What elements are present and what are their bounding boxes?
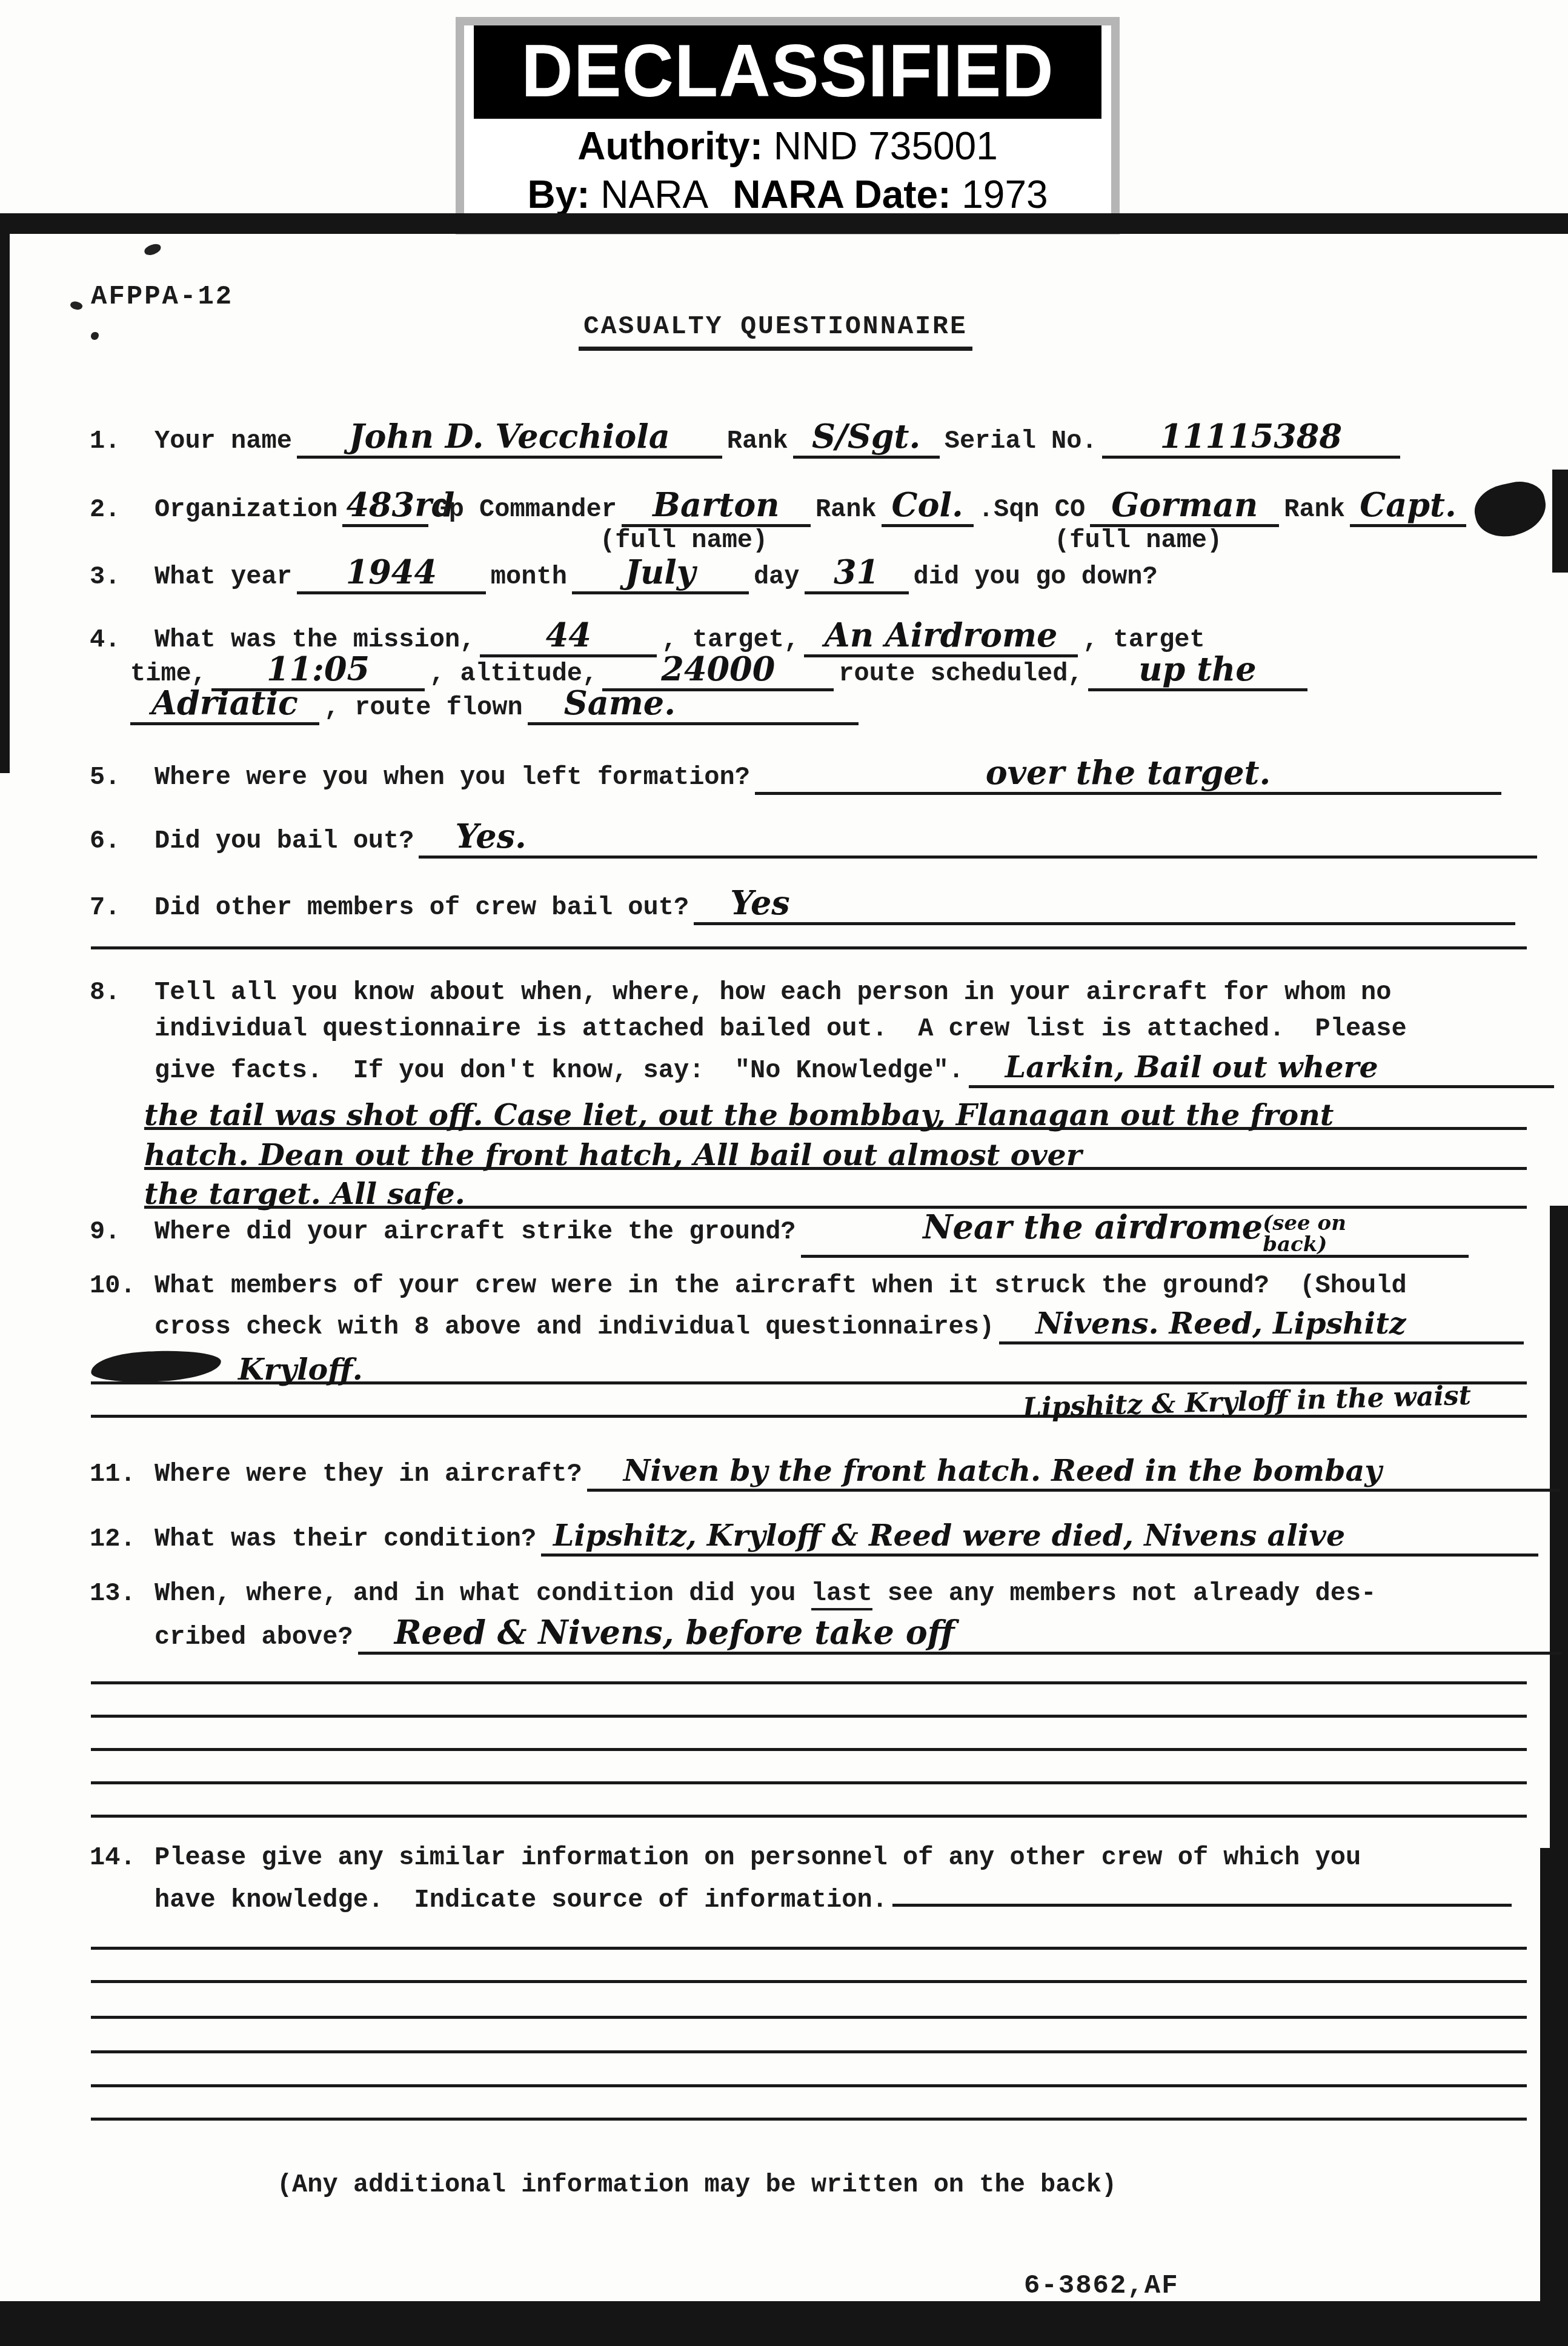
q11-answer-field: Niven by the front hatch. Reed in the bo…	[587, 1453, 1560, 1492]
q4-route-sched-handwriting: up the	[1138, 650, 1256, 688]
q10-answer-handwriting-1: Nivens. Reed, Lipshitz	[1035, 1306, 1406, 1341]
additional-info-note: (Any additional information may be writt…	[0, 2170, 1394, 2199]
q1-rank-label: Rank	[727, 427, 788, 456]
blank-rule-line	[91, 2050, 1527, 2053]
question-14-line1: 14.Please give any similar information o…	[90, 1843, 1361, 1872]
q13-text-line1b: see any members not already des-	[872, 1579, 1377, 1608]
q2-rank2-field: Capt.	[1350, 485, 1466, 527]
scan-left-edge	[0, 234, 10, 773]
q14-answer-field	[892, 1877, 1512, 1907]
blank-rule-line	[91, 1715, 1527, 1718]
q7-answer-handwriting: Yes	[730, 883, 790, 922]
question-1: 1.Your nameJohn D. VecchiolaRankS/Sgt.Se…	[90, 417, 1405, 459]
blank-rule-line	[91, 1947, 1527, 1950]
q1-serial-field: 11115388	[1102, 417, 1400, 459]
q1-serial-label: Serial No.	[945, 427, 1097, 456]
q2-fullname-note-1: (full name)	[600, 526, 768, 555]
q1-label: Your name	[154, 427, 292, 456]
question-6: 6.Did you bail out?Yes.	[90, 817, 1542, 859]
question-7: 7.Did other members of crew bail out?Yes	[90, 883, 1520, 925]
scan-right-edge	[1552, 470, 1568, 573]
question-6-number: 6.	[90, 826, 154, 856]
q2-commander-label: Gp Commander	[433, 495, 616, 524]
q9-label: Where did your aircraft strike the groun…	[154, 1217, 796, 1246]
page-title: CASUALTY QUESTIONNAIRE	[579, 311, 972, 351]
q2-rank2-label: Rank	[1284, 495, 1345, 524]
q10-text-line2: cross check with 8 above and individual …	[154, 1312, 994, 1341]
question-1-number: 1.	[90, 427, 154, 456]
q13-text-line1a: When, where, and in what condition did y…	[154, 1579, 811, 1608]
blank-rule-line	[91, 1681, 1527, 1684]
q12-answer-field: Lipshitz, Kryloff & Reed were died, Nive…	[541, 1518, 1538, 1557]
q4-route-sched2-handwriting: Adriatic	[151, 683, 298, 722]
q9-note-line2: back)	[1263, 1234, 1346, 1255]
question-5: 5.Where were you when you left formation…	[90, 753, 1506, 795]
q8-answer-field: Larkin, Bail out where	[969, 1049, 1554, 1088]
q10-answer-handwriting-2: Kryloff.	[238, 1352, 363, 1387]
question-9: 9.Where did your aircraft strike the gro…	[90, 1208, 1473, 1258]
stamp-title: DECLASSIFIED	[474, 25, 1101, 119]
q4-route-flown-field: Same.	[528, 683, 859, 725]
question-13-line2: cribed above?Reed & Nivens, before take …	[154, 1613, 1566, 1655]
q4-altitude-handwriting: 24000	[661, 650, 775, 688]
q5-answer-handwriting: over the target.	[986, 753, 1271, 792]
blank-rule-line	[91, 1781, 1527, 1784]
by-value: NARA	[600, 173, 708, 216]
q2-commander-handwriting: Barton	[653, 485, 779, 524]
q3-day-label: day	[754, 562, 800, 591]
q1-serial-handwriting: 11115388	[1160, 417, 1342, 456]
q5-answer-field: over the target.	[755, 753, 1501, 795]
q3-day-field: 31	[805, 553, 909, 594]
q1-rank-handwriting: S/Sgt.	[812, 417, 920, 456]
q2-label: Organization	[154, 495, 337, 524]
q11-answer-handwriting: Niven by the front hatch. Reed in the bo…	[623, 1453, 1382, 1488]
q10-text-line1: What members of your crew were in the ai…	[154, 1271, 1407, 1300]
q13-answer-field: Reed & Nivens, before take off	[358, 1613, 1561, 1655]
q8-answer-handwriting-4: the target. All safe.	[144, 1176, 465, 1211]
q2-rank2-handwriting: Capt.	[1360, 485, 1456, 524]
q10-answer-line2: Kryloff.	[91, 1339, 1527, 1384]
q4-mission-handwriting: 44	[546, 616, 591, 654]
q3-day-handwriting: 31	[834, 553, 879, 591]
question-5-number: 5.	[90, 763, 154, 792]
blank-rule-line	[91, 2118, 1527, 2121]
blank-rule-line	[91, 1748, 1527, 1751]
q9-note-line1: (see on	[1263, 1213, 1346, 1234]
question-8-line1: 8.Tell all you know about when, where, h…	[90, 978, 1392, 1007]
q3-month-handwriting: July	[625, 553, 696, 591]
scan-bottom-edge	[0, 2301, 1568, 2346]
q8-text-line3: give facts. If you don't know, say: "No …	[154, 1056, 964, 1085]
q5-label: Where were you when you left formation?	[154, 763, 750, 792]
q1-rank-field: S/Sgt.	[793, 417, 940, 459]
q4-route-flown-label: , route flown	[324, 693, 523, 722]
q6-label: Did you bail out?	[154, 826, 414, 856]
nara-date-value: 1973	[962, 173, 1048, 216]
question-14-line2: have knowledge. Indicate source of infor…	[154, 1877, 1517, 1915]
question-3-number: 3.	[90, 562, 154, 591]
form-number: AFPPA-12	[91, 282, 233, 312]
q4-route-sched-label: route scheduled,	[839, 659, 1083, 688]
scanned-document-page: DECLASSIFIED Authority: NND 735001 By: N…	[0, 0, 1568, 2346]
nara-date-label: NARA Date:	[733, 173, 951, 216]
q2-rank-field: Col.	[882, 485, 974, 527]
q9-answer-field: Near the airdrome(see onback)	[801, 1208, 1469, 1258]
q1-name-handwriting: John D. Vecchiola	[349, 417, 670, 456]
q2-fullname-note-2: (full name)	[1054, 526, 1222, 555]
question-9-number: 9.	[90, 1217, 154, 1246]
q2-organization-field: 483rd	[342, 485, 428, 527]
q2-commander-field: Barton	[622, 485, 811, 527]
authority-label: Authority:	[577, 124, 763, 168]
stamp-by-line: By: NARANARA Date: 1973	[469, 173, 1106, 216]
scribbled-out-name	[90, 1347, 222, 1384]
question-2: 2.Organization483rdGp CommanderBartonRan…	[90, 483, 1546, 536]
q3-year-handwriting: 1944	[346, 553, 437, 591]
blank-rule-line	[91, 2016, 1527, 2019]
q2-sqn-label: .Sqn CO	[978, 495, 1085, 524]
q4-route-sched-field: up the	[1088, 650, 1307, 691]
by-label: By:	[527, 173, 590, 216]
question-12-number: 12.	[90, 1524, 154, 1553]
question-13-number: 13.	[90, 1579, 154, 1608]
q2-rank-handwriting: Col.	[892, 485, 963, 524]
q3-label: What year	[154, 562, 292, 591]
ink-blot	[1470, 477, 1550, 543]
question-4-line3: Adriatic, route flownSame.	[130, 683, 863, 725]
q13-answer-handwriting: Reed & Nivens, before take off	[394, 1613, 955, 1652]
q8-answer-line2: the tail was shot off. Case liet, out th…	[144, 1085, 1527, 1130]
q11-label: Where were they in aircraft?	[154, 1460, 582, 1489]
question-8-line2: individual questionnaire is attached bai…	[154, 1014, 1407, 1043]
question-11: 11.Where were they in aircraft?Niven by …	[90, 1453, 1565, 1492]
ink-speck	[69, 300, 83, 311]
q7-label: Did other members of crew bail out?	[154, 893, 689, 922]
q3-year-field: 1944	[297, 553, 486, 594]
q4-time-handwriting: 11:05	[267, 650, 370, 688]
q2-sqnco-field: Gorman	[1090, 485, 1279, 527]
question-2-number: 2.	[90, 495, 154, 524]
q14-text-line2: have knowledge. Indicate source of infor…	[154, 1886, 888, 1915]
q12-answer-handwriting: Lipshitz, Kryloff & Reed were died, Nive…	[553, 1518, 1345, 1553]
declassified-stamp: DECLASSIFIED Authority: NND 735001 By: N…	[456, 17, 1120, 234]
question-11-number: 11.	[90, 1460, 154, 1489]
q2-sqnco-handwriting: Gorman	[1111, 485, 1258, 524]
question-14-number: 14.	[90, 1843, 154, 1872]
q4-route-sched2-field: Adriatic	[130, 683, 319, 725]
q12-label: What was their condition?	[154, 1524, 536, 1553]
q4-target-handwriting: An Airdrome	[825, 616, 1058, 654]
q1-name-field: John D. Vecchiola	[297, 417, 722, 459]
scan-right-edge	[1540, 1848, 1568, 2346]
q6-answer-field: Yes.	[419, 817, 1537, 859]
q7-answer-field: Yes	[694, 883, 1515, 925]
q8-answer-line4: the target. All safe.	[144, 1163, 1527, 1209]
q8-answer-handwriting-1: Larkin, Bail out where	[1005, 1049, 1378, 1085]
ink-speck	[91, 332, 99, 340]
q3-tail-label: did you go down?	[914, 562, 1158, 591]
form-code: 6-3862,AF	[1024, 2271, 1179, 2301]
q13-text-line2: cribed above?	[154, 1623, 353, 1652]
blank-rule-line	[91, 2084, 1527, 2087]
scan-top-edge	[0, 213, 1568, 234]
q14-text-line1: Please give any similar information on p…	[154, 1843, 1361, 1872]
q2-rank-label: Rank	[816, 495, 877, 524]
stamp-authority-line: Authority: NND 735001	[469, 125, 1106, 167]
q13-underlined-word: last	[811, 1579, 872, 1610]
question-8-line3: give facts. If you don't know, say: "No …	[154, 1049, 1559, 1088]
q4-route-flown-handwriting: Same.	[564, 683, 676, 722]
question-10-number: 10.	[90, 1271, 154, 1300]
q9-see-on-back-note: (see onback)	[1263, 1213, 1346, 1255]
ink-speck	[143, 242, 162, 256]
authority-value: NND 735001	[774, 124, 998, 168]
question-10-line1: 10.What members of your crew were in the…	[90, 1271, 1407, 1300]
question-12: 12.What was their condition?Lipshitz, Kr…	[90, 1518, 1543, 1557]
q8-text-line1: Tell all you know about when, where, how…	[154, 978, 1392, 1007]
blank-rule-line	[91, 1815, 1527, 1818]
blank-rule-line	[91, 946, 1527, 949]
q3-month-label: month	[491, 562, 567, 591]
question-7-number: 7.	[90, 893, 154, 922]
question-3: 3.What year1944monthJulyday31did you go …	[90, 553, 1158, 594]
question-8-number: 8.	[90, 978, 154, 1007]
blank-rule-line	[91, 1980, 1527, 1983]
q3-month-field: July	[572, 553, 749, 594]
q6-answer-handwriting: Yes.	[455, 817, 526, 856]
q9-answer-handwriting: Near the airdrome	[923, 1208, 1263, 1246]
question-13-line1: 13.When, where, and in what condition di…	[90, 1579, 1376, 1608]
